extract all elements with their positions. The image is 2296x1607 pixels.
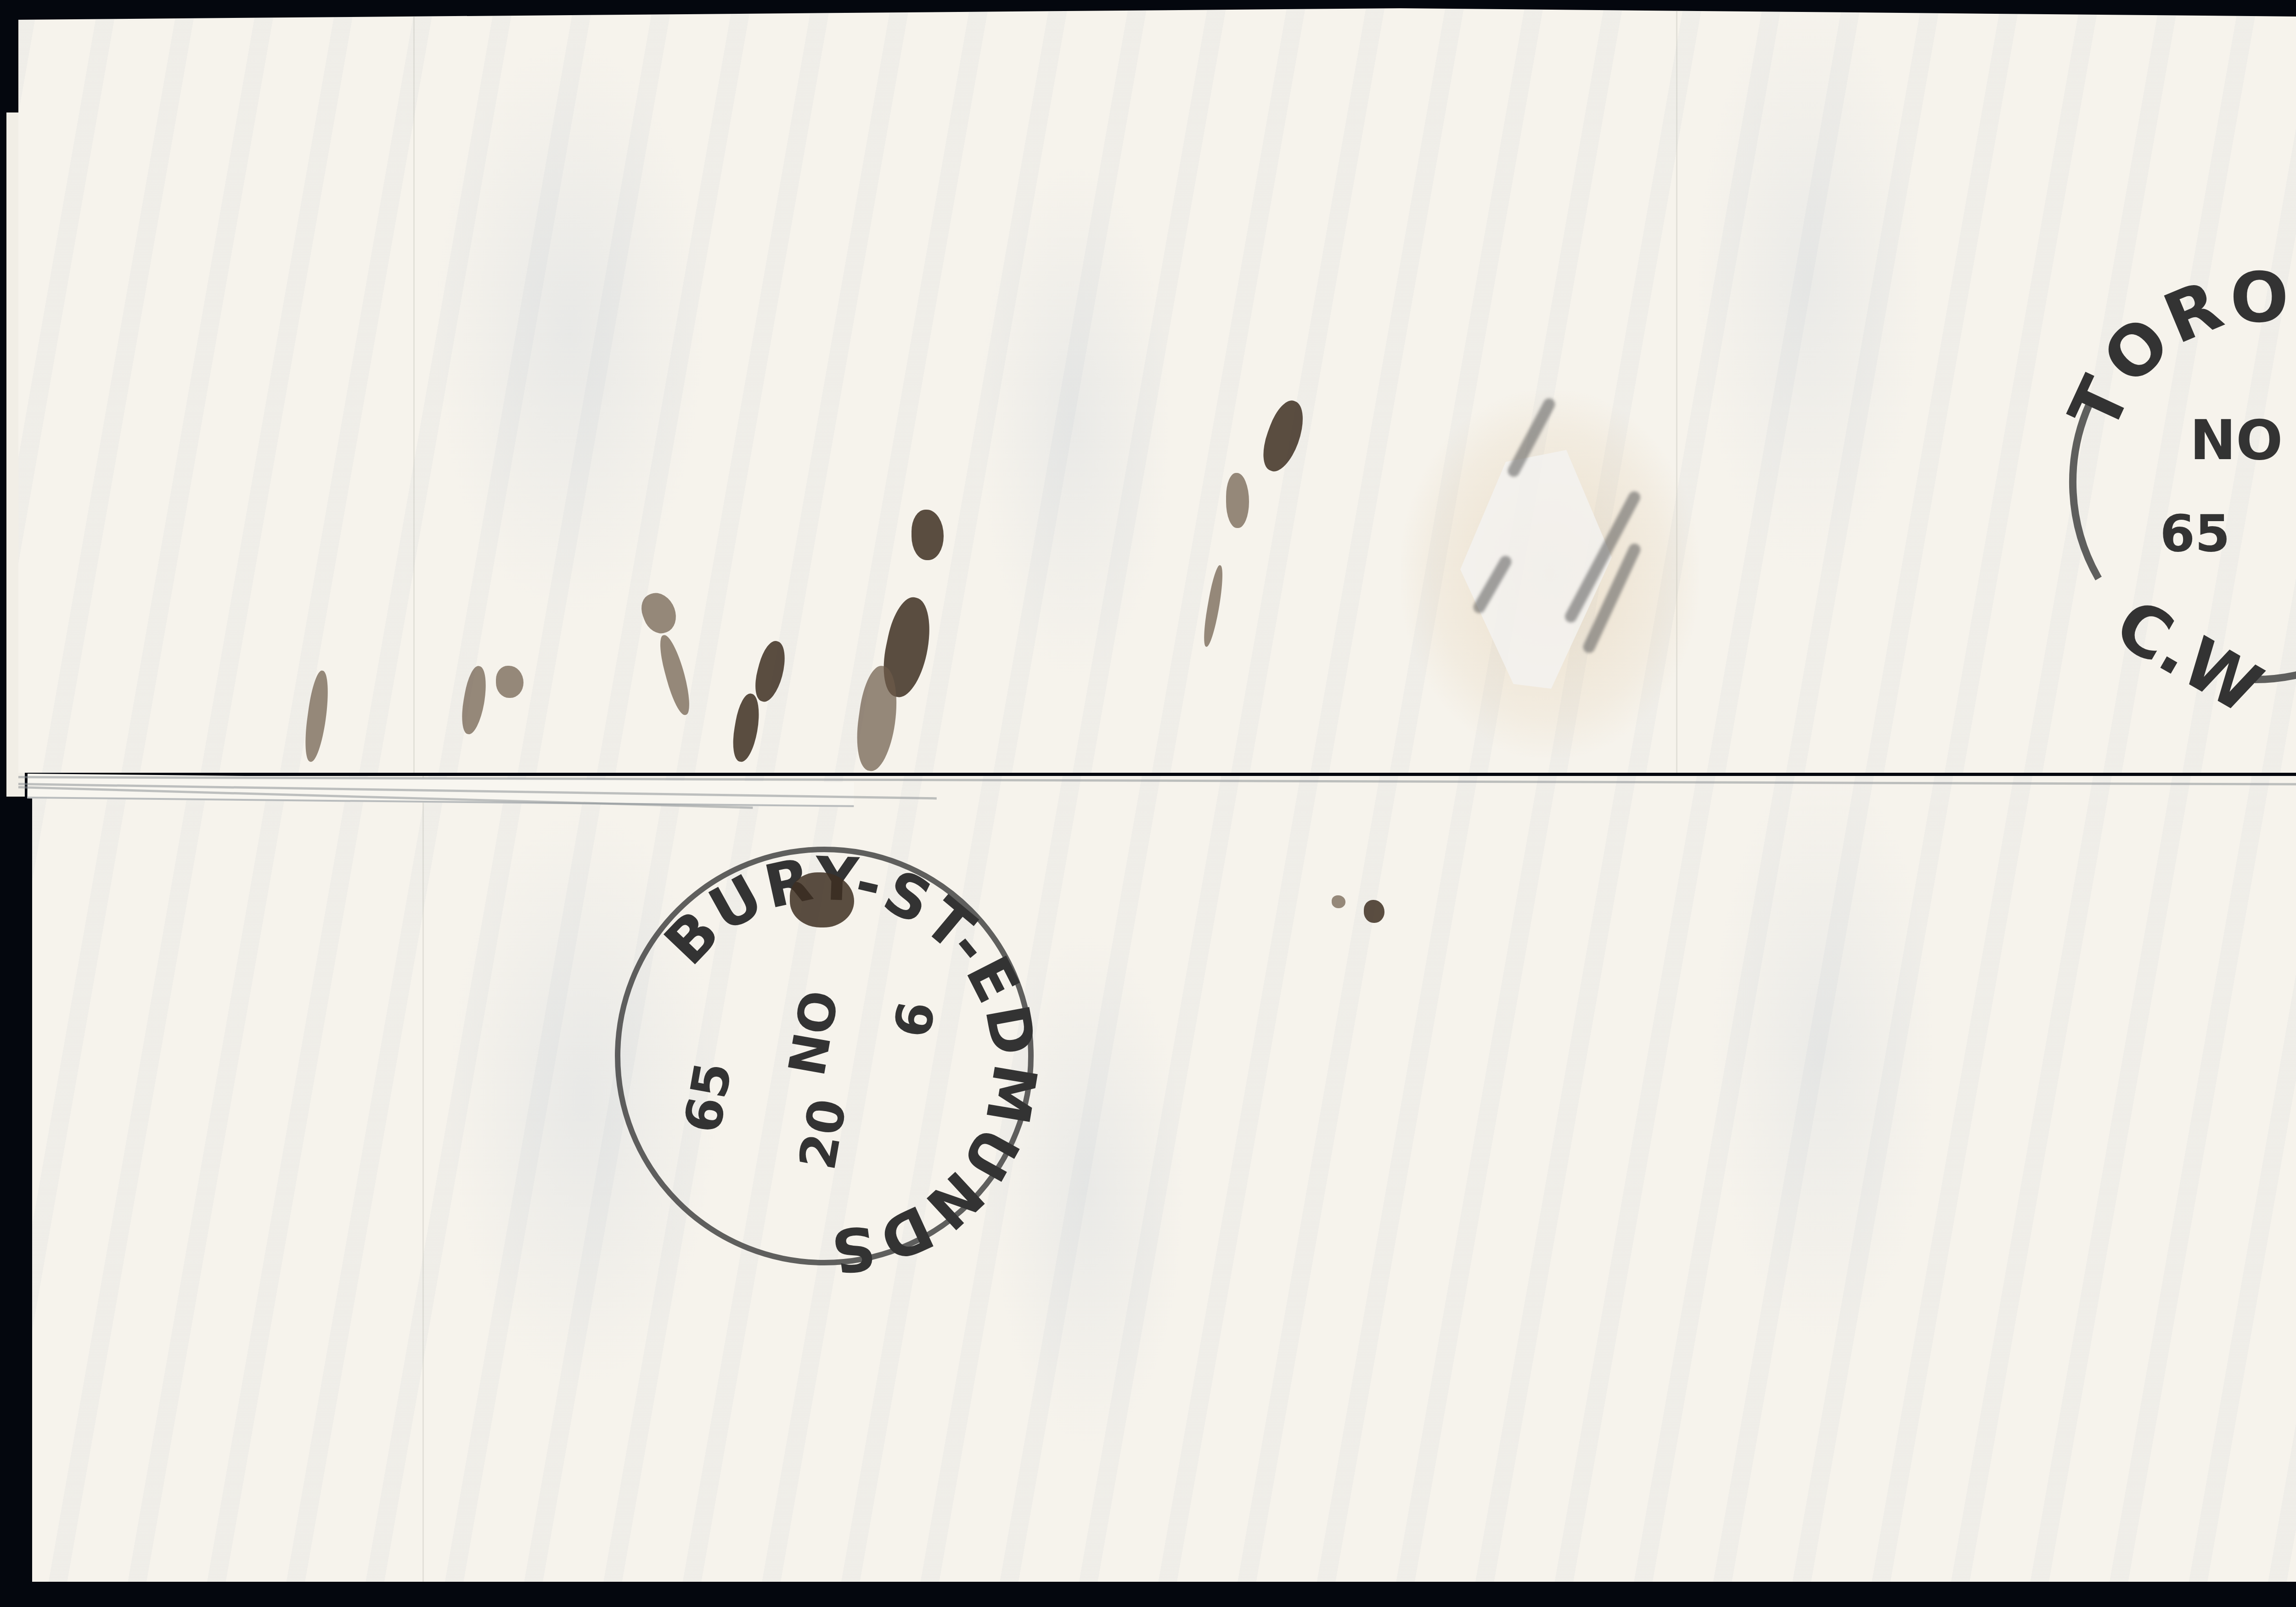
wax-remnant [1226, 473, 1249, 528]
wax-remnant [1364, 900, 1384, 923]
bury-st-edmunds-postmark: BURY-ST-EDMUNDS 65 NO 20 6 [606, 831, 1042, 1281]
svg-text:65: 65 [673, 1058, 743, 1137]
upper-panel [18, 8, 2296, 773]
svg-text:20: 20 [788, 1095, 858, 1174]
svg-text:NO: NO [777, 986, 850, 1080]
svg-text:6: 6 [883, 997, 946, 1042]
vertical-crease [422, 776, 424, 1582]
lower-panel [32, 776, 2296, 1582]
toronto-postmark: TORONTO NO 65 3 C.W [2039, 257, 2296, 707]
svg-text:65: 65 [2160, 504, 2230, 563]
letter-scan: TORONTO NO 65 3 C.W BURY-ST-EDMUNDS 65 N… [0, 0, 2296, 1607]
vertical-crease [413, 8, 415, 773]
wax-remnant [1332, 895, 1345, 908]
wax-remnant [496, 666, 523, 698]
wax-remnant [912, 510, 944, 560]
svg-text:NO: NO [2190, 409, 2283, 472]
wax-remnant [790, 872, 854, 927]
